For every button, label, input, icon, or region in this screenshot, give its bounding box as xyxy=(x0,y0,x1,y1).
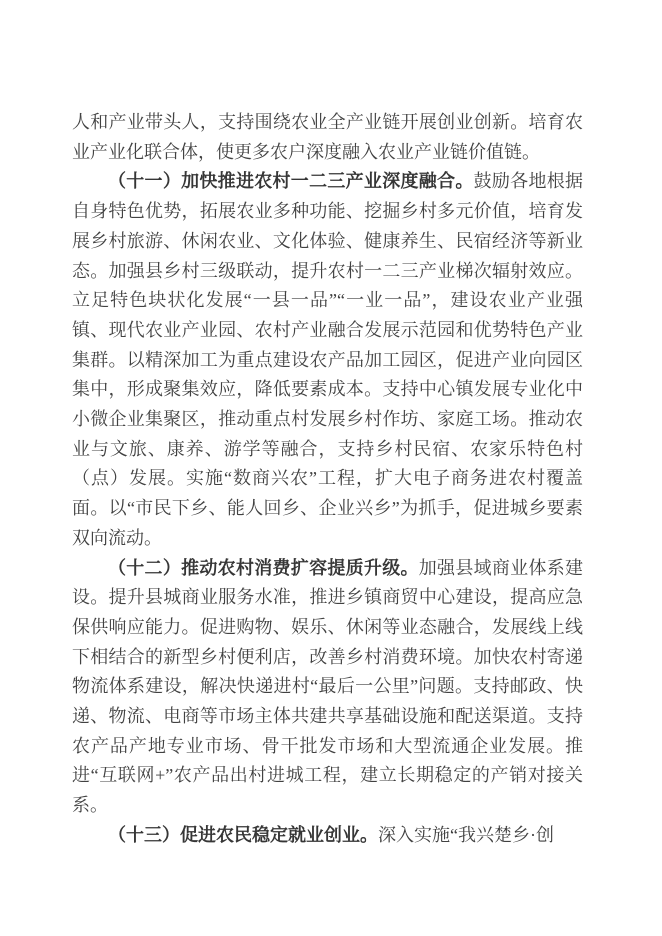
section-heading: （十二）推动农村消费扩容提质升级。 xyxy=(108,558,419,578)
document-page: 人和产业带头人，支持围绕农业全产业链开展创业创新。培育农业产业化联合体，使更多农… xyxy=(0,0,662,936)
paragraph-section-11: （十一）加快推进农村一二三产业深度融合。鼓励各地根据自身特色优势，拓展农业多种功… xyxy=(72,167,583,553)
section-heading: （十三）促进农民稳定就业创业。 xyxy=(108,825,378,845)
paragraph-continuation: 人和产业带头人，支持围绕农业全产业链开展创业创新。培育农业产业化联合体，使更多农… xyxy=(72,108,583,167)
paragraph-section-13: （十三）促进农民稳定就业创业。深入实施“我兴楚乡·创 xyxy=(72,821,583,851)
section-heading: （十一）加快推进农村一二三产业深度融合。 xyxy=(108,171,474,191)
paragraph-text: 人和产业带头人，支持围绕农业全产业链开展创业创新。培育农业产业化联合体，使更多农… xyxy=(72,112,583,162)
paragraph-text: 加强县域商业体系建设。提升县城商业服务水准，推进乡镇商贸中心建设，提高应急保供响… xyxy=(72,558,583,816)
paragraph-text: 鼓励各地根据自身特色优势，拓展农业多种功能、挖掘乡村多元价值，培育发展乡村旅游、… xyxy=(72,171,583,547)
document-text: 人和产业带头人，支持围绕农业全产业链开展创业创新。培育农业产业化联合体，使更多农… xyxy=(72,108,583,851)
paragraph-text: 深入实施“我兴楚乡·创 xyxy=(378,825,554,845)
paragraph-section-12: （十二）推动农村消费扩容提质升级。加强县域商业体系建设。提升县城商业服务水准，推… xyxy=(72,554,583,821)
